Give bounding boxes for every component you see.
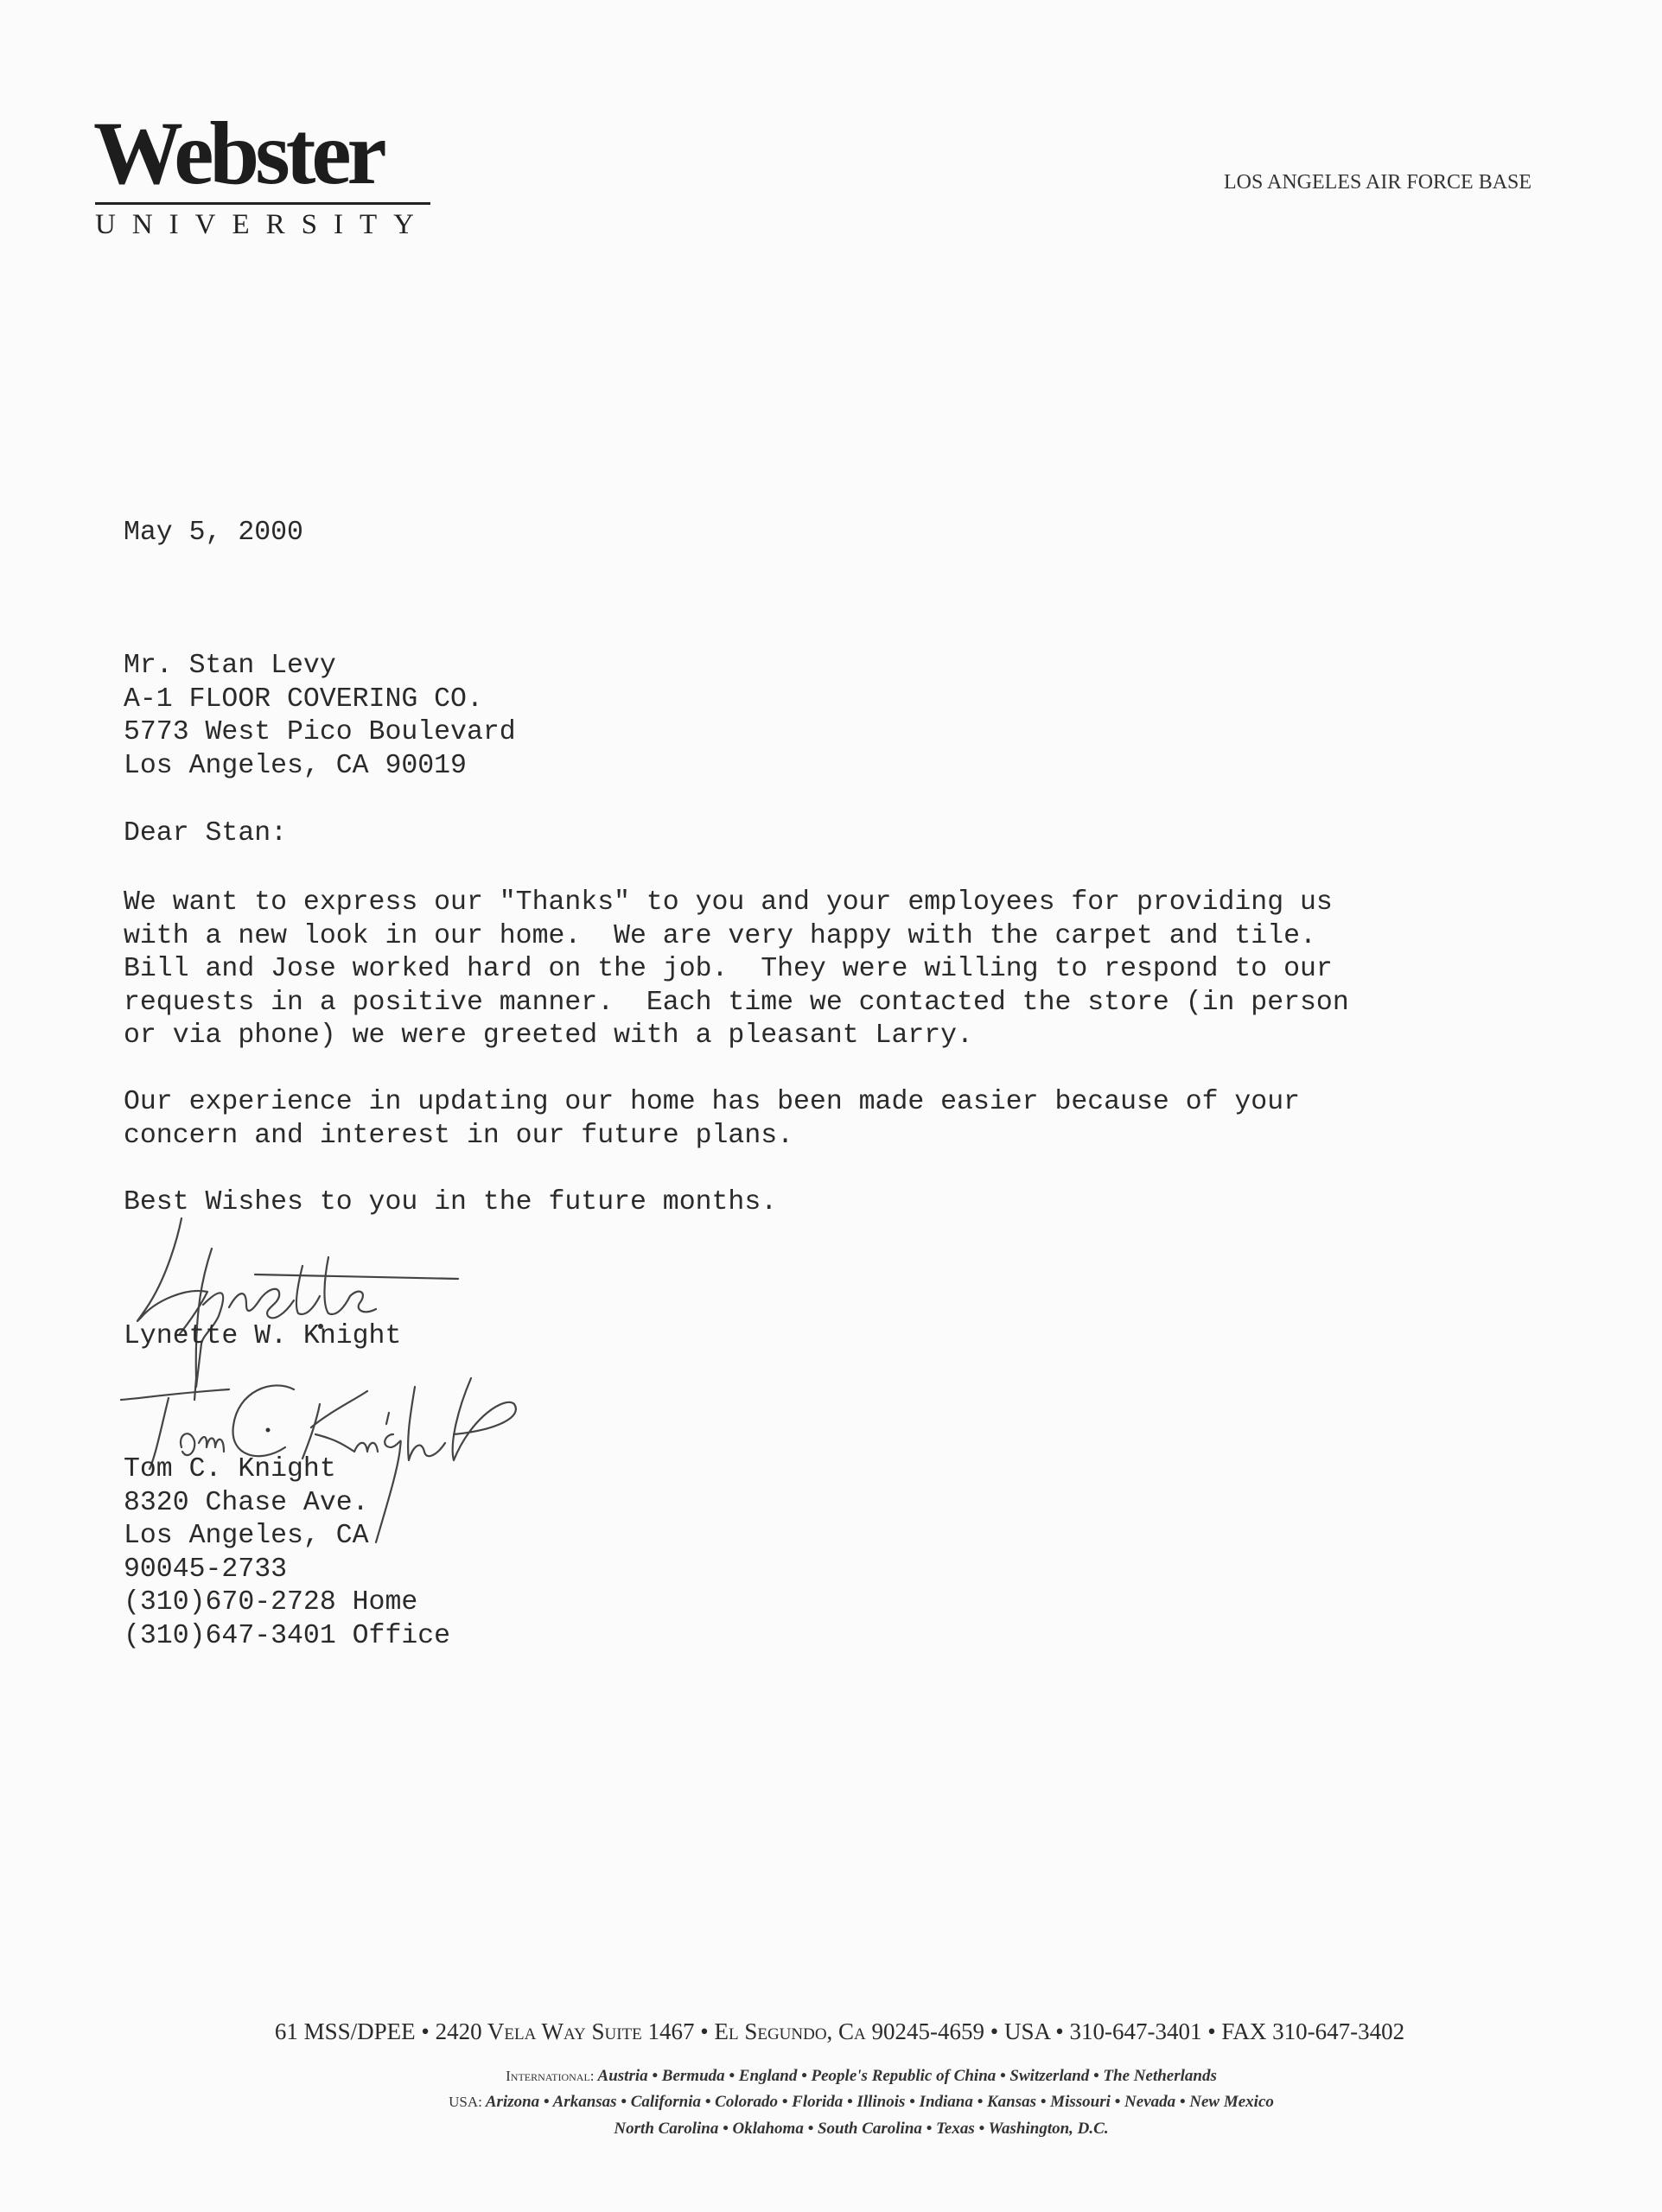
closing-line: Best Wishes to you in the future months.	[124, 1186, 777, 1220]
body-paragraph-1: We want to express our "Thanks" to you a…	[124, 887, 1349, 1053]
footer-street: 2420 Vela Way Suite 1467	[436, 2018, 695, 2044]
body-paragraph-2: Our experience in updating our home has …	[124, 1086, 1300, 1153]
footer-usa-list-2: North Carolina • Oklahoma • South Caroli…	[614, 2120, 1108, 2138]
sender-city: Los Angeles, CA	[124, 1520, 450, 1554]
campus-name: LOS ANGELES AIR FORCE BASE	[1224, 171, 1531, 194]
letter-date: May 5, 2000	[124, 517, 303, 550]
footer-international-locations: International: Austria • Bermuda • Engla…	[0, 2067, 1662, 2086]
body-line: Bill and Jose worked hard on the job. Th…	[124, 953, 1349, 987]
footer-phone: 310-647-3401	[1069, 2018, 1201, 2044]
footer-usa-list-1: Arizona • Arkansas • California • Colora…	[486, 2093, 1274, 2111]
recipient-city: Los Angeles, CA 90019	[124, 750, 516, 784]
footer-country: USA	[1004, 2018, 1050, 2044]
footer-usa-label: USA:	[449, 2094, 482, 2110]
logo-subtitle: UNIVERSITY	[93, 210, 432, 239]
body-line: requests in a positive manner. Each time…	[124, 987, 1349, 1020]
footer-international-list: Austria • Bermuda • England • People's R…	[598, 2067, 1217, 2085]
footer-address: 61 MSS/DPEE • 2420 Vela Way Suite 1467 •…	[0, 2018, 1662, 2045]
recipient-name: Mr. Stan Levy	[124, 650, 516, 683]
body-line: We want to express our "Thanks" to you a…	[124, 887, 1349, 920]
sender-block: Tom C. Knight8320 Chase Ave.Los Angeles,…	[124, 1453, 450, 1653]
logo-wordmark: Webster	[93, 111, 432, 197]
body-line: with a new look in our home. We are very…	[124, 920, 1349, 954]
sender-phone-office: (310)647-3401 Office	[124, 1620, 450, 1654]
footer-unit: 61 MSS/DPEE	[275, 2018, 416, 2044]
signature-lynette	[117, 1205, 480, 1404]
signer-2-name: Tom C. Knight	[124, 1453, 450, 1487]
salutation: Dear Stan:	[124, 817, 287, 851]
footer-fax: FAX 310-647-3402	[1221, 2018, 1404, 2044]
footer-international-label: International:	[506, 2068, 594, 2084]
body-line: concern and interest in our future plans…	[124, 1120, 1300, 1154]
university-logo: Webster UNIVERSITY	[93, 111, 432, 239]
recipient-address: Mr. Stan LevyA-1 FLOOR COVERING CO.5773 …	[124, 650, 516, 783]
footer-usa-locations-continued: North Carolina • Oklahoma • South Caroli…	[0, 2120, 1662, 2139]
recipient-street: 5773 West Pico Boulevard	[124, 716, 516, 750]
signer-1-name: Lynette W. Knight	[124, 1320, 401, 1354]
sender-street: 8320 Chase Ave.	[124, 1487, 450, 1521]
footer-usa-locations: USA: Arizona • Arkansas • California • C…	[0, 2093, 1662, 2112]
sender-zip: 90045-2733	[124, 1554, 450, 1587]
body-line: or via phone) we were greeted with a ple…	[124, 1020, 1349, 1053]
footer-city: El Segundo, Ca 90245-4659	[714, 2018, 984, 2044]
sender-phone-home: (310)670-2728 Home	[124, 1586, 450, 1620]
recipient-company: A-1 FLOOR COVERING CO.	[124, 683, 516, 717]
body-line: Our experience in updating our home has …	[124, 1086, 1300, 1120]
